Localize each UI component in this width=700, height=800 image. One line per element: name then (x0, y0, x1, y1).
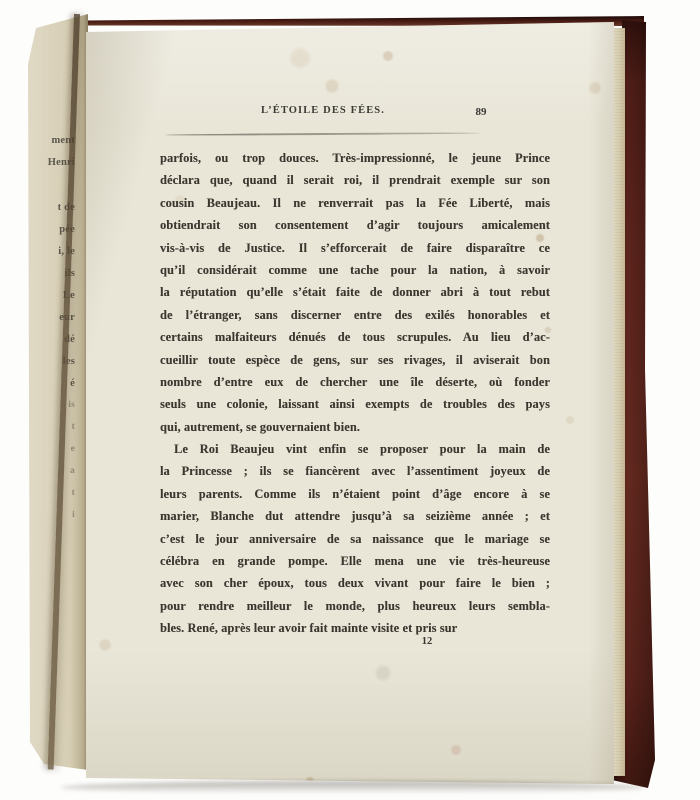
text-line: Le Roi Beaujeu vint enfin se proposer po… (160, 438, 550, 460)
text-line: qu’il considérait comme une tache pour l… (160, 259, 550, 281)
body-text: parfois, ou trop douces. Très-impression… (160, 147, 550, 640)
running-title: L’ÉTOILE DES FÉES. (165, 105, 481, 116)
text-line: célébra en grande pompe. Elle mena une v… (160, 550, 550, 572)
facing-page-fragment: i (28, 510, 75, 520)
text-line: cueillir toute espèce de gens, sur ses r… (160, 349, 550, 371)
book-photo: ment Henri t de pée i, le ils Le eur dé … (0, 0, 700, 800)
signature-mark: 12 (415, 636, 439, 647)
facing-page-fragment: é (28, 378, 75, 389)
book-bottom-shadow (60, 781, 646, 794)
text-line: pour rendre meilleur le monde, plus heur… (160, 595, 550, 617)
text-line: cousin Beaujeau. Il ne renverrait pas la… (160, 192, 550, 214)
facing-page-sliver: ment Henri t de pée i, le ils Le eur dé … (28, 4, 88, 772)
text-line: qui, autrement, se gouvernaient bien. (160, 416, 550, 438)
text-line: déclara que, quand il serait roi, il pre… (160, 169, 550, 191)
text-line: bles. René, après leur avoir fait mainte… (160, 617, 550, 639)
text-line: vis-à-vis de Justice. Il s’efforcerait d… (160, 237, 550, 259)
facing-page-fragment: t (28, 488, 75, 498)
facing-page-fragment: a (28, 466, 75, 476)
text-line: c’est le jour anniversaire de sa naissan… (160, 528, 550, 550)
facing-page-fragment: t (28, 422, 75, 432)
text-line: certains malfaiteurs dénués de tous scru… (160, 326, 550, 348)
text-line: marier, Blanche dut attendre jusqu’à sa … (160, 505, 550, 527)
facing-page-fragment: e (28, 444, 75, 454)
page-number: 89 (469, 106, 493, 118)
text-line: leurs parents. Comme ils n’étaient point… (160, 483, 550, 505)
text-line: parfois, ou trop douces. Très-impression… (160, 147, 550, 169)
text-line: obtiendrait son consentement d’agir touj… (160, 214, 550, 236)
facing-page-fragment: ment (28, 135, 75, 146)
text-line: seuls une colonie, laissant ainsi exempt… (160, 393, 550, 415)
facing-page-fragment: is (28, 400, 75, 410)
text-line: nombre d’entre eux de chercher une île d… (160, 371, 550, 393)
text-line: de l’étranger, sans discerner entre des … (160, 304, 550, 326)
text-line: la Princesse ; ils se fiancèrent avec l’… (160, 460, 550, 482)
text-line: la réputation qu’elle s’était faite de d… (160, 281, 550, 303)
text-line: avec son cher époux, tous deux vivant po… (160, 572, 550, 594)
